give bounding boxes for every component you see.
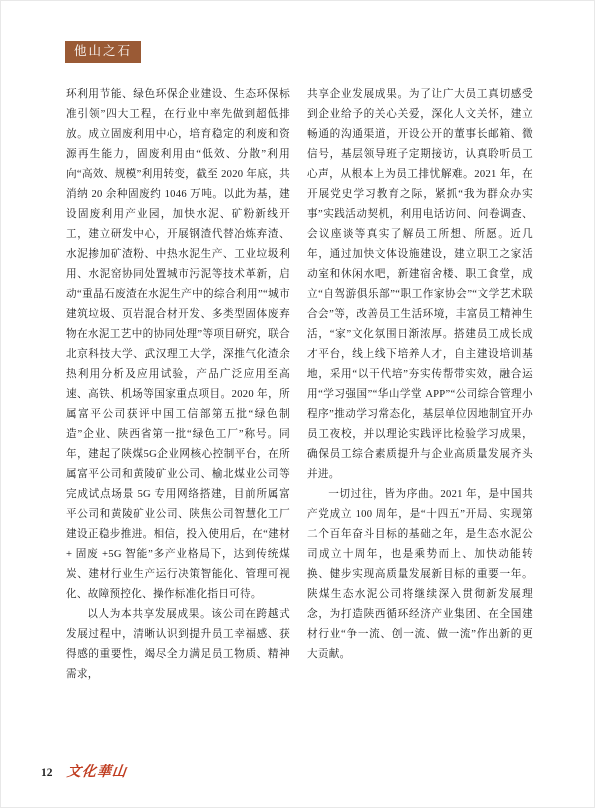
paragraph: 共享企业发展成果。为了让广大员工真切感受到企业给予的关心关爱，深化人文关怀，建立…: [307, 85, 533, 485]
section-badge: 他山之石: [65, 41, 141, 63]
page-footer: 12 文化華山: [41, 761, 127, 781]
paragraph: 以人为本共享发展成果。该公司在跨越式发展过程中，清晰认识到提升员工幸福感、获得感…: [66, 605, 290, 685]
page-number: 12: [41, 767, 53, 779]
text-column-right: 共享企业发展成果。为了让广大员工真切感受到企业给予的关心关爱，深化人文关怀，建立…: [307, 85, 533, 665]
paragraph: 环利用节能、绿色环保企业建设、生态环保标准引领”四大工程，在行业中率先做到超低排…: [66, 85, 290, 605]
paragraph: 一切过往，皆为序曲。2021 年，是中国共产党成立 100 周年，是“十四五”开…: [307, 485, 533, 665]
text-column-left: 环利用节能、绿色环保企业建设、生态环保标准引领”四大工程，在行业中率先做到超低排…: [66, 85, 290, 685]
magazine-logo: 文化華山: [65, 761, 127, 781]
magazine-page: 他山之石 环利用节能、绿色环保企业建设、生态环保标准引领”四大工程，在行业中率先…: [0, 0, 595, 808]
